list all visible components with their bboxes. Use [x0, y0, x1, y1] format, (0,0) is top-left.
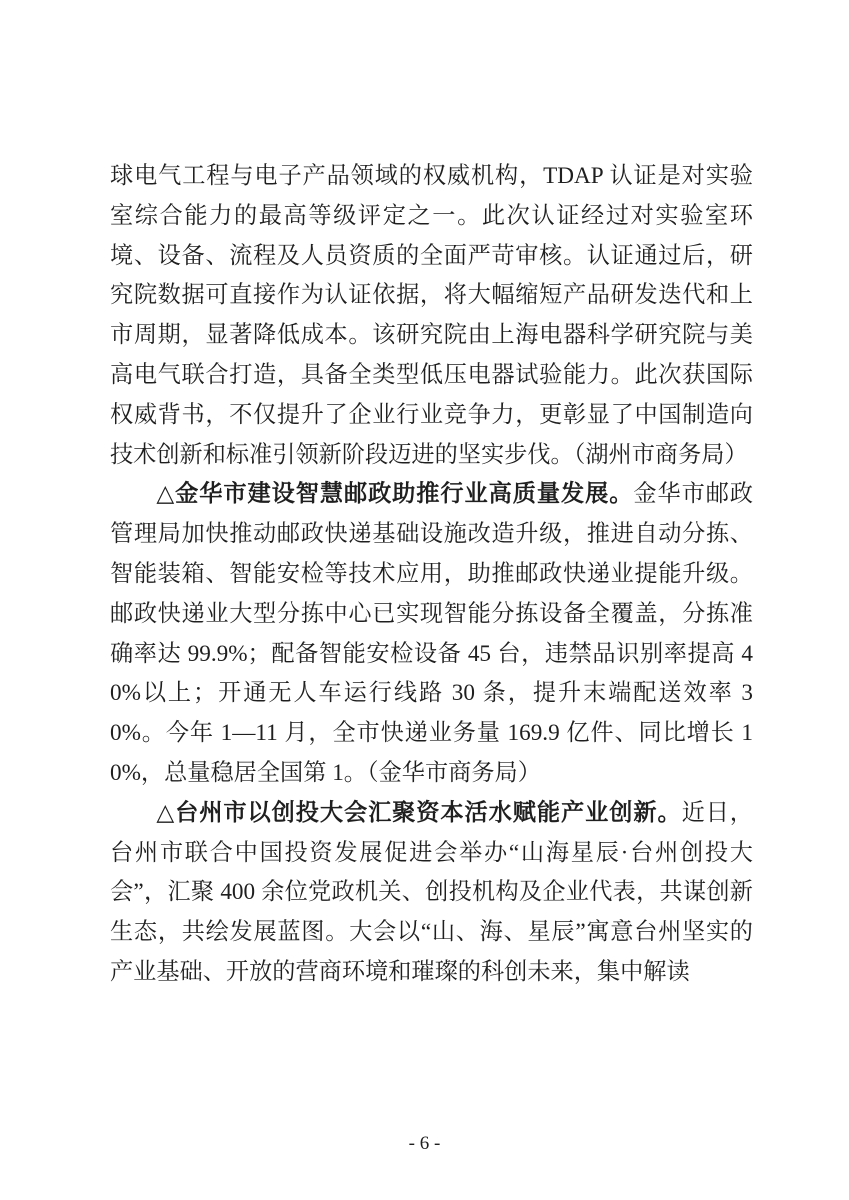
item-heading: △金华市建设智慧邮政助推行业高质量发展。 [156, 481, 633, 507]
paragraph-item-taizhou: △台州市以创投大会汇聚资本活水赋能产业创新。近日，台州市联合中国投资发展促进会举… [110, 794, 753, 993]
document-page: 球电气工程与电子产品领域的权威机构，TDAP 认证是对实验室综合能力的最高等级评… [0, 0, 849, 1200]
paragraph-text: 球电气工程与电子产品领域的权威机构，TDAP 认证是对实验室综合能力的最高等级评… [110, 163, 753, 468]
paragraph-text: 近日，台州市联合中国投资发展促进会举办“山海星辰·台州创投大会”，汇聚 400 … [110, 800, 753, 985]
document-body: 球电气工程与电子产品领域的权威机构，TDAP 认证是对实验室综合能力的最高等级评… [110, 157, 753, 993]
page-number: - 6 - [0, 1133, 849, 1155]
paragraph-item-jinhua: △金华市建设智慧邮政助推行业高质量发展。金华市邮政管理局加快推动邮政快递基础设施… [110, 475, 753, 793]
paragraph-text: 金华市邮政管理局加快推动邮政快递基础设施改造升级，推进自动分拣、智能装箱、智能安… [110, 481, 753, 786]
paragraph-continuation: 球电气工程与电子产品领域的权威机构，TDAP 认证是对实验室综合能力的最高等级评… [110, 157, 753, 475]
item-heading: △台州市以创投大会汇聚资本活水赋能产业创新。 [156, 800, 681, 826]
